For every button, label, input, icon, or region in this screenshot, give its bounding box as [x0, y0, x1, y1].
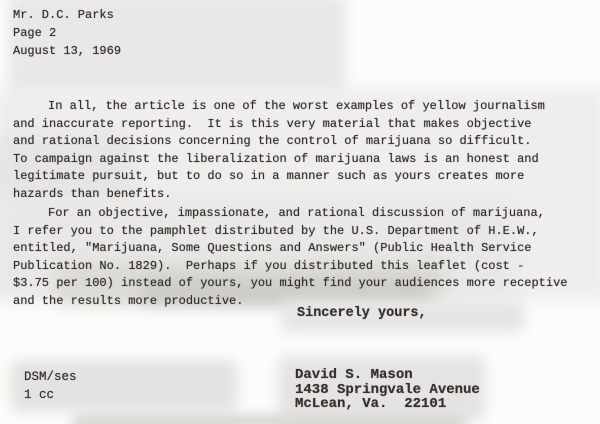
date-line: August 13, 1969 — [13, 42, 121, 60]
copy-notation: 1 cc — [24, 387, 77, 405]
body-line: To campaign against the liberalization o… — [13, 151, 599, 169]
signature-block: David S. Mason 1438 Springvale Avenue Mc… — [295, 368, 480, 412]
recipient-line: Mr. D.C. Parks — [13, 6, 121, 24]
letter-page: Mr. D.C. Parks Page 2 August 13, 1969 In… — [0, 0, 600, 424]
typist-initials: DSM/ses — [24, 369, 77, 387]
body-line: For an objective, impassionate, and rati… — [13, 205, 599, 223]
body-line: I refer you to the pamphlet distributed … — [13, 223, 599, 241]
scan-stain-bottom-strip — [72, 414, 467, 424]
signature-name: David S. Mason — [295, 368, 480, 383]
body-line: and rational decisions concerning the co… — [13, 133, 599, 151]
body-line: and inaccurate reporting. It is this ver… — [13, 116, 599, 134]
body-line: hazards than benefits. — [13, 186, 599, 204]
reference-block: DSM/ses 1 cc — [24, 369, 77, 404]
paragraph-2: For an objective, impassionate, and rati… — [13, 205, 599, 310]
body-line: legitimate pursuit, but to do so in a ma… — [13, 168, 599, 186]
page-number-line: Page 2 — [13, 24, 121, 42]
body-line: entitled, "Marijuana, Some Questions and… — [13, 240, 599, 258]
signature-city: McLean, Va. 22101 — [295, 397, 480, 412]
body-line: In all, the article is one of the worst … — [13, 98, 599, 116]
body-line: Publication No. 1829). Perhaps if you di… — [13, 258, 599, 276]
signature-street: 1438 Springvale Avenue — [295, 383, 480, 398]
paragraph-1: In all, the article is one of the worst … — [13, 98, 599, 203]
closing-line: Sincerely yours, — [297, 306, 427, 321]
letter-header: Mr. D.C. Parks Page 2 August 13, 1969 — [13, 6, 121, 60]
body-line: $3.75 per 100) instead of yours, you mig… — [13, 275, 599, 293]
